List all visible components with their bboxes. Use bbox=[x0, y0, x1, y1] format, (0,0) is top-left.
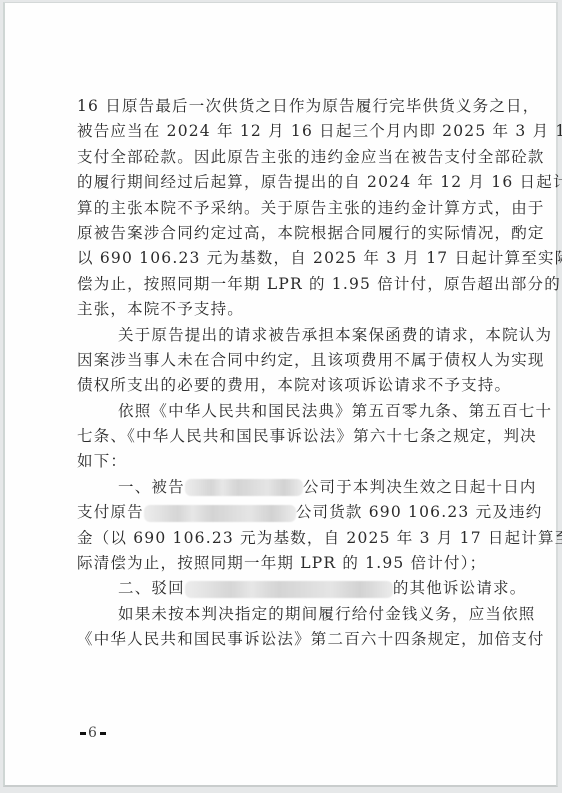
text-line: 偿为止，按照同期一年期 LPR 的 1.95 倍计付，原告超出部分的 bbox=[77, 272, 491, 297]
text-line: 主张，本院不予支持。 bbox=[77, 297, 491, 322]
text-line: 际清偿为止，按照同期一年期 LPR 的 1.95 倍计付）； bbox=[77, 551, 491, 576]
judgment-item-1-line: 一、被告公司于本判决生效之日起十日内 bbox=[77, 475, 491, 500]
redaction-block bbox=[185, 581, 393, 598]
text-line: 因案涉当事人未在合同中约定，且该项费用不属于债权人为实现 bbox=[77, 348, 491, 373]
text-segment: 支付原告 bbox=[77, 503, 144, 521]
text-line: 原被告案涉合同约定过高，本院根据合同履行的实际情况，酌定 bbox=[77, 221, 491, 246]
redaction-block bbox=[144, 505, 296, 522]
text-segment: 的其他诉讼请求。 bbox=[393, 579, 527, 597]
document-page: 16 日原告最后一次供货之日作为原告履行完毕供货义务之日， 被告应当在 2024… bbox=[3, 2, 558, 787]
text-segment: 公司货款 690 106.23 元及违约 bbox=[296, 503, 543, 521]
text-line: 《中华人民共和国民事诉讼法》第二百六十四条规定，加倍支付 bbox=[77, 627, 491, 652]
text-line: 七条、《中华人民共和国民事诉讼法》第六十七条之规定，判决 bbox=[77, 424, 491, 449]
text-line: 金（以 690 106.23 元为基数，自 2025 年 3 月 17 日起计算… bbox=[77, 526, 491, 551]
text-line: 支付全部砼款。因此原告主张的违约金应当在被告支付全部砼款 bbox=[77, 145, 491, 170]
text-line: 16 日原告最后一次供货之日作为原告履行完毕供货义务之日， bbox=[77, 94, 491, 119]
text-line: 支付原告公司货款 690 106.23 元及违约 bbox=[77, 500, 491, 525]
paragraph-start-line: 如果未按本判决指定的期间履行给付金钱义务，应当依照 bbox=[77, 602, 491, 627]
paragraph-start-line: 关于原告提出的请求被告承担本案保函费的请求，本院认为 bbox=[77, 323, 491, 348]
paragraph-start-line: 依照《中华人民共和国民法典》第五百零九条、第五百七十 bbox=[77, 399, 491, 424]
text-segment: 公司于本判决生效之日起十日内 bbox=[303, 478, 537, 496]
page-number-value: 6 bbox=[88, 725, 98, 741]
text-segment: 二、驳回 bbox=[118, 579, 185, 597]
page-number: 6 bbox=[78, 725, 108, 741]
dash-icon bbox=[80, 732, 86, 735]
text-line: 算的主张本院不予采纳。关于原告主张的违约金计算方式，由于 bbox=[77, 196, 491, 221]
dash-icon bbox=[100, 732, 106, 735]
text-line: 债权所支出的必要的费用，本院对该项诉讼请求不予支持。 bbox=[77, 373, 491, 398]
redaction-block bbox=[185, 479, 303, 496]
text-segment: 一、被告 bbox=[118, 478, 185, 496]
text-line: 以 690 106.23 元为基数，自 2025 年 3 月 17 日起计算至实… bbox=[77, 246, 491, 271]
text-line: 的履行期间经过后起算，原告提出的自 2024 年 12 月 16 日起计 bbox=[77, 170, 491, 195]
judgment-body-text: 16 日原告最后一次供货之日作为原告履行完毕供货义务之日， 被告应当在 2024… bbox=[77, 94, 491, 653]
judgment-item-2-line: 二、驳回的其他诉讼请求。 bbox=[77, 576, 491, 601]
text-line: 被告应当在 2024 年 12 月 16 日起三个月内即 2025 年 3 月 … bbox=[77, 119, 491, 144]
text-line: 如下： bbox=[77, 449, 491, 474]
